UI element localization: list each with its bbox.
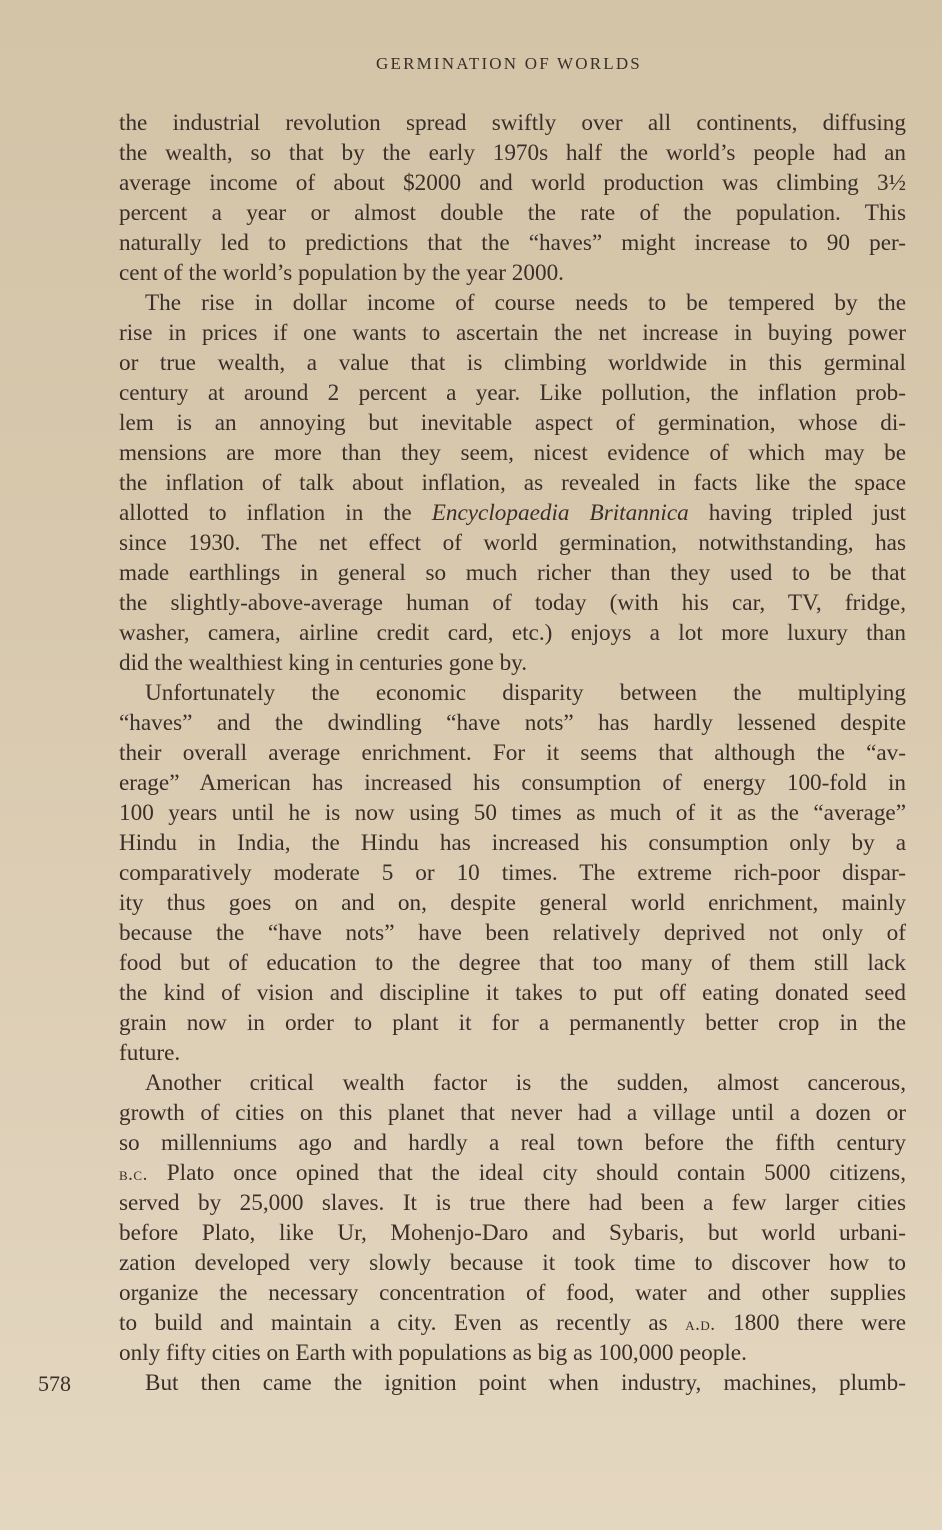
text-line: average income of about $2000 and world …	[119, 168, 906, 198]
paragraph: the industrial revolution spread swiftly…	[119, 108, 906, 288]
book-page: GERMINATION OF WORLDS the industrial rev…	[0, 0, 942, 1530]
text-line: or true wealth, a value that is climbing…	[119, 348, 906, 378]
text-line: rise in prices if one wants to ascertain…	[119, 318, 906, 348]
text-line: made earthlings in general so much riche…	[119, 558, 906, 588]
text-line: naturally led to predictions that the “h…	[119, 228, 906, 258]
text-line: ity thus goes on and on, despite general…	[119, 888, 906, 918]
text-line: cent of the world’s population by the ye…	[119, 258, 906, 288]
text-line: erage” American has increased his consum…	[119, 768, 906, 798]
text-line: so millenniums ago and hardly a real tow…	[119, 1128, 906, 1158]
text-line: their overall average enrichment. For it…	[119, 738, 906, 768]
text-line: only fifty cities on Earth with populati…	[119, 1338, 906, 1368]
text-line: before Plato, like Ur, Mohenjo-Daro and …	[119, 1218, 906, 1248]
page-number: 578	[38, 1369, 71, 1399]
small-caps-abbrev: b.c.	[119, 1164, 148, 1185]
text-line: did the wealthiest king in centuries gon…	[119, 648, 906, 678]
text-line: mensions are more than they seem, nicest…	[119, 438, 906, 468]
text-line: 100 years until he is now using 50 times…	[119, 798, 906, 828]
text-line: the inflation of talk about inflation, a…	[119, 468, 906, 498]
text-line: zation developed very slowly because it …	[119, 1248, 906, 1278]
text-line: lem is an annoying but inevitable aspect…	[119, 408, 906, 438]
italic-title: Encyclopaedia Britannica	[432, 500, 689, 526]
text-line: comparatively moderate 5 or 10 times. Th…	[119, 858, 906, 888]
text-line: the slightly-above-average human of toda…	[119, 588, 906, 618]
text-line: allotted to inflation in the Encyclopaed…	[119, 498, 906, 528]
text-line: the industrial revolution spread swiftly…	[119, 108, 906, 138]
text-line: washer, camera, airline credit card, etc…	[119, 618, 906, 648]
text-line: food but of education to the degree that…	[119, 948, 906, 978]
text-line: The rise in dollar income of course need…	[119, 288, 906, 318]
text-line: served by 25,000 slaves. It is true ther…	[119, 1188, 906, 1218]
text-line: Unfortunately the economic disparity bet…	[119, 678, 906, 708]
body-text: the industrial revolution spread swiftly…	[119, 108, 906, 1398]
text-line: the kind of vision and discipline it tak…	[119, 978, 906, 1008]
text-line: percent a year or almost double the rate…	[119, 198, 906, 228]
paragraph: Unfortunately the economic disparity bet…	[119, 678, 906, 1068]
text-line: because the “have nots” have been relati…	[119, 918, 906, 948]
paragraph: But then came the ignition point when in…	[119, 1368, 906, 1398]
text-line: Another critical wealth factor is the su…	[119, 1068, 906, 1098]
text-line: But then came the ignition point when in…	[119, 1368, 906, 1398]
paragraph: The rise in dollar income of course need…	[119, 288, 906, 678]
text-line: growth of cities on this planet that nev…	[119, 1098, 906, 1128]
text-line: century at around 2 percent a year. Like…	[119, 378, 906, 408]
text-line: Hindu in India, the Hindu has increased …	[119, 828, 906, 858]
paragraph: Another critical wealth factor is the su…	[119, 1068, 906, 1368]
text-line: b.c. Plato once opined that the ideal ci…	[119, 1158, 906, 1188]
text-line: “haves” and the dwindling “have nots” ha…	[119, 708, 906, 738]
text-line: future.	[119, 1038, 906, 1068]
text-line: the wealth, so that by the early 1970s h…	[119, 138, 906, 168]
text-line: to build and maintain a city. Even as re…	[119, 1308, 906, 1338]
text-line: since 1930. The net effect of world germ…	[119, 528, 906, 558]
running-head: GERMINATION OF WORLDS	[0, 54, 942, 74]
text-line: grain now in order to plant it for a per…	[119, 1008, 906, 1038]
small-caps-abbrev: a.d.	[685, 1314, 715, 1335]
text-line: organize the necessary concentration of …	[119, 1278, 906, 1308]
